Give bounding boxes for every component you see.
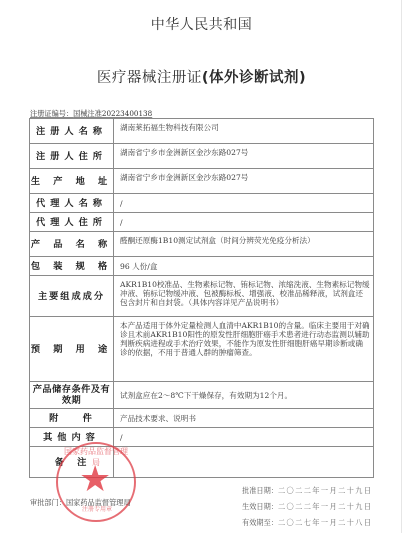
country-heading: 中华人民共和国 bbox=[0, 14, 403, 34]
approval-date-value: 二〇二二年一月二十九日 bbox=[278, 486, 372, 495]
document-title: 医疗器械注册证(体外诊断试剂) bbox=[0, 66, 403, 87]
row-value: / bbox=[114, 213, 374, 232]
row-label: 生 产 地 址 bbox=[30, 169, 114, 194]
certificate-table: 注册人名称 湖南莱拓福生物科技有限公司 注册人住所 湖南省宁乡市金洲新区金沙东路… bbox=[29, 118, 374, 478]
official-seal: 国家药品监督管理局 ★ 注册专用章 bbox=[56, 442, 136, 522]
expiry-date-value: 二〇二七年一月二十八日 bbox=[278, 518, 372, 527]
expiry-date: 有效期至：二〇二七年一月二十八日 bbox=[242, 515, 372, 531]
row-label: 注册人住所 bbox=[30, 144, 114, 169]
effective-date-value: 二〇二二年一月二十九日 bbox=[278, 502, 372, 511]
table-row: 产 品 名 称 醛酮还原酶1B10测定试剂盒（时间分辨荧光免疫分析法） bbox=[30, 232, 374, 257]
table-row: 预 期 用 途 本产品适用于体外定量检测人血清中AKR1B10的含量。临床主要用… bbox=[30, 317, 374, 382]
registration-number-label: 注册证编号： bbox=[30, 109, 73, 118]
row-value bbox=[114, 447, 374, 478]
approver-value: 国家药品监督管理局 bbox=[66, 498, 131, 507]
approving-authority: 审批部门：国家药品监督管理局 bbox=[30, 498, 131, 508]
table-row: 主要组成成分 AKR1B10校准品、生物素标记物、铕标记物、浓缩洗液、生物素标记… bbox=[30, 276, 374, 317]
row-value: / bbox=[114, 194, 374, 213]
row-label: 主要组成成分 bbox=[30, 276, 114, 317]
row-value: 湖南省宁乡市金洲新区金沙东路027号 bbox=[114, 144, 374, 169]
row-value: AKR1B10校准品、生物素标记物、铕标记物、浓缩洗液、生物素标记物缓冲液、铕标… bbox=[114, 276, 374, 317]
effective-date-label: 生效日期： bbox=[242, 502, 278, 511]
table-row: 注册人住所 湖南省宁乡市金洲新区金沙东路027号 bbox=[30, 144, 374, 169]
title-sub: (体外诊断试剂) bbox=[202, 70, 306, 86]
table-row: 产品储存条件及有效期 试剂盒应在2～8℃下干燥保存，有效期为12个月。 bbox=[30, 382, 374, 409]
table-row: 附 件 产品技术要求、说明书 bbox=[30, 409, 374, 428]
row-label: 附 件 bbox=[30, 409, 114, 428]
row-value: 96 人份/盒 bbox=[114, 257, 374, 276]
table-row: 包 装 规 格 96 人份/盒 bbox=[30, 257, 374, 276]
row-value: 本产品适用于体外定量检测人血清中AKR1B10的含量。临床主要用于对确诊且术前A… bbox=[114, 317, 374, 382]
row-label: 注册人名称 bbox=[30, 119, 114, 144]
row-label: 产品储存条件及有效期 bbox=[30, 382, 114, 409]
row-value: 醛酮还原酶1B10测定试剂盒（时间分辨荧光免疫分析法） bbox=[114, 232, 374, 257]
row-label: 预 期 用 途 bbox=[30, 317, 114, 382]
expiry-date-label: 有效期至： bbox=[242, 518, 278, 527]
effective-date: 生效日期：二〇二二年一月二十九日 bbox=[242, 499, 372, 515]
title-main: 医疗器械注册证 bbox=[97, 70, 202, 86]
dates-block: 批准日期：二〇二二年一月二十九日 生效日期：二〇二二年一月二十九日 有效期至：二… bbox=[242, 483, 372, 531]
table-row: 生 产 地 址 湖南省宁乡市金洲新区金沙东路027号 bbox=[30, 169, 374, 194]
row-value: / bbox=[114, 428, 374, 447]
table-row: 代理人住所 / bbox=[30, 213, 374, 232]
approval-date-label: 批准日期： bbox=[242, 486, 278, 495]
approver-label: 审批部门： bbox=[30, 498, 66, 507]
table-row: 代理人名称 / bbox=[30, 194, 374, 213]
row-value: 湖南省宁乡市金洲新区金沙东路027号 bbox=[114, 169, 374, 194]
row-value: 湖南莱拓福生物科技有限公司 bbox=[114, 119, 374, 144]
row-label: 代理人名称 bbox=[30, 194, 114, 213]
row-label: 包 装 规 格 bbox=[30, 257, 114, 276]
table-row: 注册人名称 湖南莱拓福生物科技有限公司 bbox=[30, 119, 374, 144]
row-label: 产 品 名 称 bbox=[30, 232, 114, 257]
registration-number-value: 国械注准20223400138 bbox=[73, 109, 152, 118]
row-value: 试剂盒应在2～8℃下干燥保存，有效期为12个月。 bbox=[114, 382, 374, 409]
star-icon: ★ bbox=[79, 462, 111, 498]
row-label: 代理人住所 bbox=[30, 213, 114, 232]
approval-date: 批准日期：二〇二二年一月二十九日 bbox=[242, 483, 372, 499]
row-value: 产品技术要求、说明书 bbox=[114, 409, 374, 428]
